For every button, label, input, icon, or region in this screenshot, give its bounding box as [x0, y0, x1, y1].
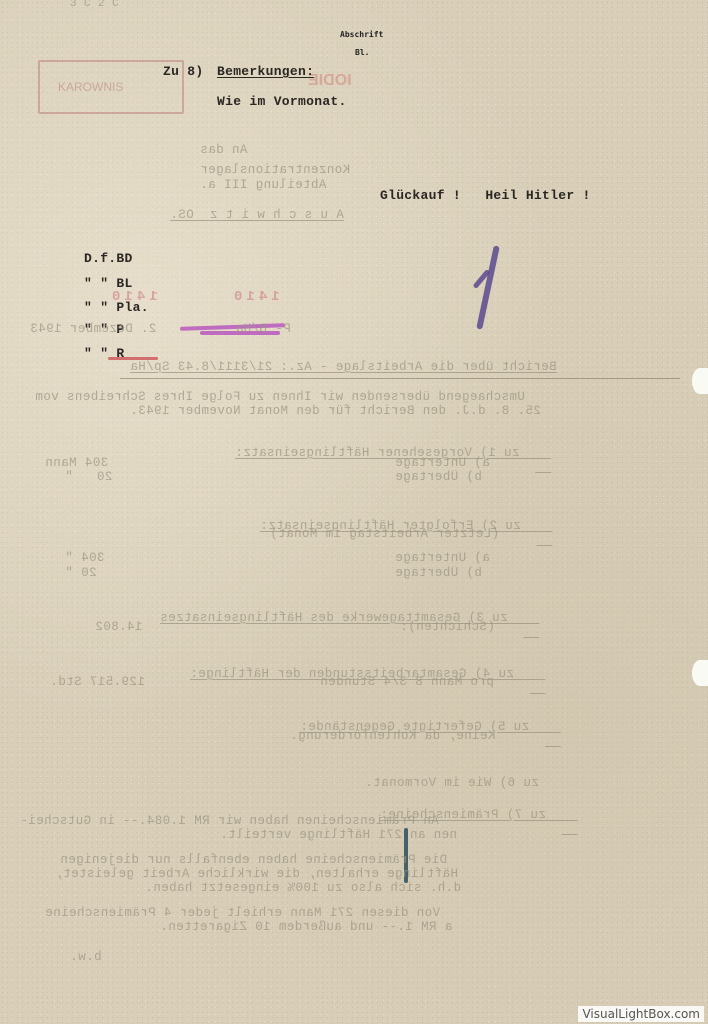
- punch-hole: [692, 368, 708, 394]
- ghost-address: Abteilung III a.: [200, 178, 326, 192]
- ghost-paragraph: An Prämienscheinen haben wir RM 1.084.--…: [20, 814, 439, 828]
- received-stamp-text: KAROWNIS: [58, 80, 123, 94]
- ghost-paragraph: d.h. sich also zu 100% eingesetzt haben.: [145, 881, 461, 895]
- ghost-address: Konzentrationslager: [200, 163, 350, 177]
- abschrift-stamp: Abschrift: [340, 30, 383, 39]
- punch-hole: [692, 660, 708, 686]
- number-stamp: 1410: [230, 289, 280, 305]
- distribution-item: D.f.BD: [84, 251, 133, 266]
- reverse-stamp-ghost: IODIE: [308, 72, 352, 90]
- ghost-paragraph: Von diesen 271 Mann erhielt jeder 4 Präm…: [45, 906, 440, 920]
- ghost-line: b) Übertage: [395, 566, 482, 580]
- ghost-intro: Umschaegend übersenden wir Ihnen zu Folg…: [35, 390, 525, 404]
- ghost-sub: Keine, da Kohlenförderung.: [290, 729, 495, 743]
- ghost-value: 20 ": [65, 566, 97, 580]
- ghost-paragraph: nen an 271 Häftlinge verteilt.: [220, 828, 457, 842]
- ghost-line: a) Untertage: [395, 551, 490, 565]
- ghost-address: An das: [200, 143, 247, 157]
- ghost-sub: pro Mann 8 3/4 Stunden: [320, 675, 494, 689]
- section8-label: Zu 8): [163, 64, 204, 79]
- number-stamp: 1410: [108, 289, 158, 305]
- ghost-sub: (Schichten):: [400, 620, 495, 634]
- ghost-sub: (Letzter Arbeitstag im Monat): [270, 527, 499, 541]
- ghost-footer: b.w.: [70, 950, 102, 964]
- ghost-paragraph: a RM 1.-- und außerdem 10 Zigaretten.: [160, 920, 452, 934]
- ghost-line: a) Untertage: [395, 456, 490, 470]
- ghost-paragraph: Die Prämienscheine haben ebenfalls nur d…: [60, 853, 447, 867]
- section8-heading: Bemerkungen:: [217, 64, 314, 79]
- corner-note: 3 C 2 C: [70, 0, 119, 10]
- ghost-value: 129.517 Std.: [50, 675, 145, 689]
- closing-greeting: Glückauf ! Heil Hitler !: [380, 188, 591, 203]
- ghost-line: b) Übertage: [395, 470, 482, 484]
- section8-body: Wie im Vormonat.: [217, 94, 347, 109]
- ghost-intro: 25. 8. d.J. den Bericht für den Monat No…: [130, 404, 541, 418]
- ghost-address: A u s c h w i t z OS.: [170, 208, 344, 222]
- ghost-paragraph: Häftlinge erhalten, die wirkliche Arbeit…: [55, 867, 458, 881]
- ghost-reference: P- B/Ha 2. Dezember 1943: [30, 322, 291, 336]
- handwritten-one-mark: [476, 245, 500, 329]
- sheet-stamp: Bl.: [355, 48, 369, 57]
- ghost-item-1: zu 1) Vorgesehener Häftlingseinsatz:: [235, 432, 551, 474]
- ghost-value: 14.802: [95, 620, 142, 634]
- ghost-value: 304 ": [65, 551, 105, 565]
- subject-rule: [120, 378, 680, 379]
- watermark: VisualLightBox.com: [578, 1006, 704, 1022]
- ghost-value: 20 ": [65, 470, 112, 484]
- ghost-subject: Bericht über die Arbeitslage - Az.: 21/3…: [130, 360, 557, 374]
- ghost-value: 304 Mann: [45, 456, 108, 470]
